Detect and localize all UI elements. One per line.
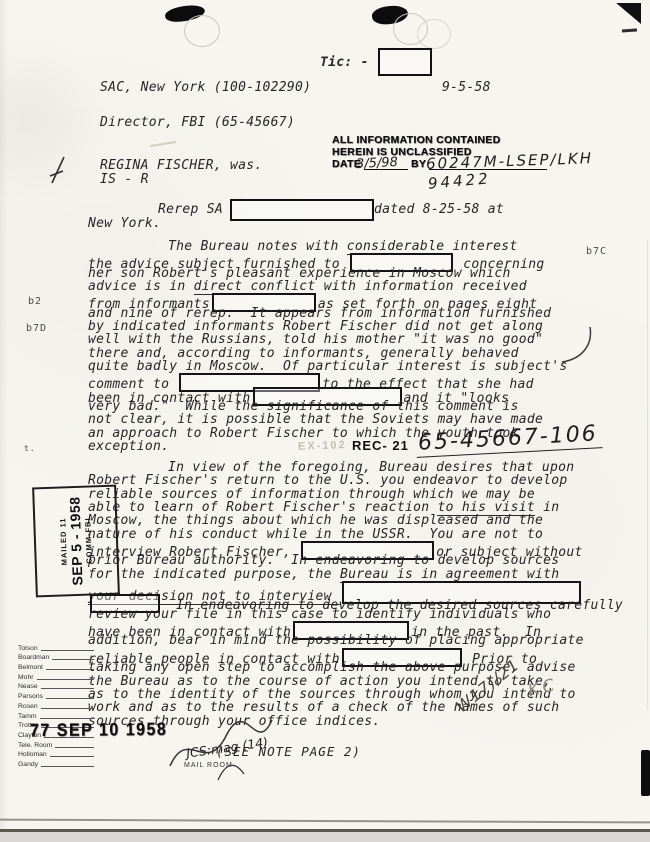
text-run: nature of his conduct while in the USSR.… — [88, 527, 543, 542]
rerep-prefix: Rerep SA — [158, 202, 223, 217]
routing-entry: Tamm — [18, 710, 94, 720]
paper-edge-line — [647, 240, 648, 710]
routing-name: Gandy — [18, 761, 38, 768]
routing-name: Parsons — [18, 693, 43, 700]
stamp-by-label: BY — [411, 158, 426, 170]
corner-ink-mark — [614, 3, 641, 24]
routing-blank-line — [41, 688, 94, 689]
routing-blank-line — [41, 766, 94, 767]
text-run: exception. — [88, 439, 169, 454]
typewritten-line: Moscow, the things about which he was di… — [88, 514, 623, 527]
text-run: The Bureau notes with — [168, 239, 347, 254]
margin-mark: t. — [24, 444, 36, 453]
typewritten-line: prior Bureau authority. In endeavoring t… — [88, 554, 623, 567]
hole-punch-shadow — [184, 15, 220, 47]
typewritten-line: The Bureau notes with considerable inter… — [88, 240, 568, 253]
routing-blank-line — [40, 718, 94, 719]
typewritten-line: quite badly in Moscow. Of particular int… — [88, 360, 568, 373]
exemption-code-b2: b2 — [28, 296, 42, 307]
text-run: for the indicated purpose, the — [88, 567, 340, 582]
text-run: interest — [444, 239, 517, 254]
typewritten-line: very bad." While the significance of thi… — [88, 400, 568, 413]
tic-row: Tic: - — [320, 48, 432, 76]
routing-name: Rosen — [18, 703, 38, 710]
routing-name: Mohr — [18, 674, 34, 681]
typewritten-line: there and, according to informants, gene… — [88, 347, 568, 360]
typewritten-line: advice is in direct conflict with inform… — [88, 280, 568, 293]
typewritten-line: and nine of rerep. It appears from infor… — [88, 307, 568, 320]
typewritten-line: not clear, it is possible that the Sovie… — [88, 413, 568, 426]
rerep-continuation: New York. — [88, 216, 161, 231]
typewritten-line: for the indicated purpose, the Bureau is… — [88, 568, 623, 581]
routing-name: Nease — [18, 683, 38, 690]
routing-entry: Holloman — [18, 749, 94, 759]
routing-blank-line — [50, 756, 94, 757]
typewritten-line: nature of his conduct while in the USSR.… — [88, 528, 623, 541]
routing-blank-line — [52, 659, 94, 660]
exemption-code-b7d: b7D — [26, 323, 47, 334]
routing-blank-line — [55, 747, 94, 748]
typewritten-line: reliable sources of information through … — [88, 488, 623, 501]
redaction-box — [378, 48, 432, 76]
stamp-line-1: ALL INFORMATION CONTAINED — [332, 134, 582, 146]
pen-check-mark — [48, 155, 74, 187]
handwritten-date: 3/5/98 — [356, 155, 399, 172]
routing-blank-line — [46, 669, 94, 670]
routing-name: Belmont — [18, 664, 43, 671]
routing-entry: Rosen — [18, 700, 94, 710]
typewritten-line: your decision not to interview — [88, 581, 623, 594]
routing-entry: Tolson — [18, 642, 94, 652]
typewritten-line: In view of the foregoing, Bureau desires… — [88, 461, 623, 474]
subject-name: REGINA FISCHER, was. — [100, 158, 263, 173]
routing-name: Boardman — [18, 654, 49, 661]
typewritten-line: been in contact withand it "looks — [88, 387, 568, 400]
routing-name: Tamm — [18, 713, 37, 720]
typewritten-line: reliable people in contact with Prior to — [88, 648, 623, 661]
text-run: advice is in — [88, 279, 194, 294]
routing-name: Holloman — [18, 751, 47, 758]
typewritten-line: review your file in this case to identif… — [88, 608, 623, 621]
typewritten-line: have been in contact within the past. In — [88, 621, 623, 634]
routing-entry: Parsons — [18, 690, 94, 700]
typewritten-line: the advice subject furnished to concerni… — [88, 253, 568, 266]
typewritten-line: comment to to the effect that she had — [88, 373, 568, 386]
typewritten-line: Robert Fischer's return to the U.S. you … — [88, 474, 623, 487]
edge-ink-mark — [641, 750, 650, 796]
typewritten-line: by indicated informants Robert Fischer d… — [88, 320, 568, 333]
rec-stamp: REC- 21 — [352, 438, 409, 453]
typewritten-line: In endeavoring to develop the desired so… — [88, 594, 623, 607]
ex-stamp: EX-102 — [298, 439, 347, 453]
text-run: . Of particular interest is subject's — [259, 359, 568, 374]
routing-entry: Belmont — [18, 661, 94, 671]
exemption-code-b7c: b7C — [586, 246, 607, 257]
typewritten-line: taking any open step to accomplish the a… — [88, 661, 623, 674]
typewritten-line: well with the Russians, told his mother … — [88, 333, 568, 346]
received-date-stamp: 77 SEP 10 1958 — [30, 720, 167, 742]
pencil-dash — [150, 141, 176, 147]
date-line: 9-5-58 — [442, 80, 491, 95]
scanned-fbi-memo-page: Tic: - SAC, New York (100-102290) 9-5-58… — [0, 0, 650, 842]
typewritten-line: able to learn of Robert Fischer's reacti… — [88, 501, 623, 514]
addressee-line: SAC, New York (100-102290) — [100, 80, 311, 95]
tic-label: Tic: - — [320, 55, 369, 70]
routing-name: Tolson — [18, 645, 38, 652]
scan-artifact-line — [0, 819, 650, 823]
typewritten-line: her son Robert's pleasant experience in … — [88, 267, 568, 280]
routing-blank-line — [41, 650, 94, 651]
typewritten-line: interview Robert Fischer, or subject wit… — [88, 541, 623, 554]
routing-entry: Gandy — [18, 758, 94, 768]
text-run: review your file in this case to identif… — [88, 607, 551, 622]
redaction-box — [230, 199, 374, 221]
text-run: with information received — [316, 279, 527, 294]
scanner-background — [0, 832, 650, 842]
sender-line: Director, FBI (65-45667) — [100, 115, 295, 130]
typewritten-line: work and as to the results of a check of… — [88, 701, 623, 714]
routing-name: Tele. Room — [18, 742, 52, 749]
routing-list: TolsonBoardmanBelmontMohrNeaseParsonsRos… — [18, 642, 94, 768]
see-note-line: (SEE NOTE PAGE 2) — [216, 744, 361, 759]
pen-dash — [622, 28, 637, 32]
text-run: addition, bear in mind the possibility o… — [88, 633, 584, 648]
typewritten-line: addition, bear in mind the possibility o… — [88, 634, 623, 647]
handwritten-number: 94422 — [427, 169, 491, 192]
routing-blank-line — [41, 708, 94, 709]
body-paragraph-1: The Bureau notes with considerable inter… — [88, 240, 568, 454]
routing-entry: Nease — [18, 681, 94, 691]
rerep-suffix: dated 8-25-58 at — [374, 202, 504, 217]
typewritten-line: from informantsas set forth on pages eig… — [88, 293, 568, 306]
routing-blank-line — [46, 698, 94, 699]
text-run: quite badly — [88, 359, 186, 374]
routing-entry: Mohr — [18, 671, 94, 681]
hole-punch-shadow — [417, 19, 451, 49]
mailed-stamp-text: MAILED 11 SEP 5 - 1958 COMM-FBI — [57, 487, 95, 594]
routing-blank-line — [37, 679, 95, 680]
routing-entry: Boardman — [18, 652, 94, 662]
subject-classification: IS - R — [100, 172, 149, 187]
mailed-stamp: MAILED 11 SEP 5 - 1958 COMM-FBI — [32, 485, 120, 598]
